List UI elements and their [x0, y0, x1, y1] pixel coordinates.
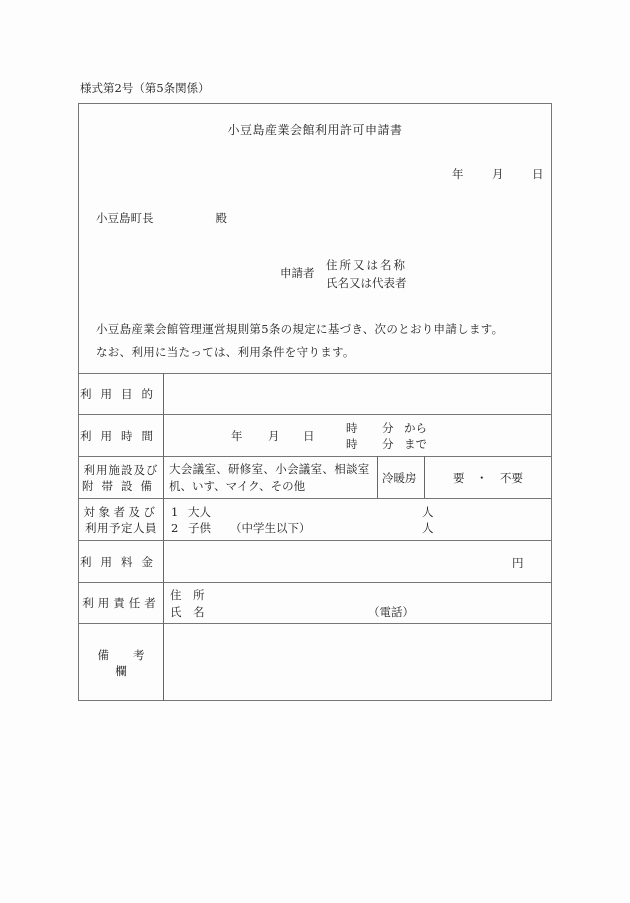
time-month[interactable]: 月 — [268, 428, 280, 444]
responsible-address-field[interactable]: 住 所 — [170, 587, 205, 603]
time-to: まで — [404, 436, 427, 452]
time-start-minute[interactable]: 分 — [382, 420, 394, 436]
statement-line-1: 小豆島産業会館管理運営規則第5条の規定に基づき、次のとおり申請します。 — [96, 318, 503, 341]
fee-label: 利用料金 — [80, 541, 162, 582]
divider — [377, 456, 378, 498]
facilities-label: 利用施設及び 附帯設備 — [80, 457, 162, 498]
time-end-hour[interactable]: 時 — [346, 436, 358, 452]
attendee-child-label: 子供 — [188, 520, 211, 536]
responsible-label: 利用責任者 — [80, 583, 162, 623]
attendee-adult-unit: 人 — [422, 504, 434, 520]
addressee-honorific: 殿 — [216, 211, 228, 225]
remarks-field[interactable] — [166, 626, 550, 699]
applicant-fields: 住所又は名称 氏名又は代表者 — [326, 256, 407, 292]
application-date[interactable]: 年月日 — [452, 166, 544, 182]
attendee-adult-label: 大人 — [188, 504, 211, 520]
time-end-minute[interactable]: 分 — [382, 436, 394, 452]
responsible-name-field[interactable]: 氏 名 — [170, 604, 205, 620]
remarks-label: 備考欄 — [80, 624, 162, 701]
attendees-label: 対象者及び 利用予定人員 — [80, 499, 162, 540]
attendee-child-number: 2 — [171, 520, 178, 536]
time-from: から — [404, 420, 427, 436]
attendee-child-count-field[interactable] — [320, 518, 415, 535]
ac-not-required-option[interactable]: 不要 — [500, 470, 523, 486]
applicant-label: 申請者 — [280, 265, 315, 281]
ac-separator: ・ — [476, 470, 488, 486]
time-day[interactable]: 日 — [303, 428, 315, 444]
purpose-label: 利用目的 — [80, 374, 162, 414]
form-number: 様式第2号（第5条関係） — [80, 80, 210, 96]
statement: 小豆島産業会館管理運営規則第5条の規定に基づき、次のとおり申請します。 なお、利… — [96, 318, 503, 364]
attendee-child-unit: 人 — [422, 520, 434, 536]
date-day: 日 — [532, 166, 544, 182]
time-start-hour[interactable]: 時 — [346, 420, 358, 436]
attendee-child-note: （中学生以下） — [230, 520, 311, 536]
ac-label: 冷暖房 — [382, 470, 417, 486]
applicant-address-field[interactable]: 住所又は名称 — [326, 256, 407, 274]
addressee: 小豆島町長殿 — [96, 210, 227, 226]
applicant-name-field[interactable]: 氏名又は代表者 — [326, 274, 407, 292]
divider — [424, 456, 425, 498]
fee-unit: 円 — [512, 555, 524, 571]
date-year: 年 — [452, 166, 492, 182]
time-year[interactable]: 年 — [231, 428, 243, 444]
facility-rooms[interactable]: 大会議室、研修室、小会議室、相談室 — [169, 461, 370, 477]
responsible-phone-field[interactable]: （電話） — [368, 604, 414, 620]
form-title: 小豆島産業会館利用許可申請書 — [0, 121, 630, 138]
attendee-adult-number: 1 — [171, 504, 178, 520]
facility-equipment[interactable]: 机、いす、マイク、その他 — [169, 478, 305, 494]
date-month: 月 — [492, 166, 532, 182]
statement-line-2: なお、利用に当たっては、利用条件を守ります。 — [96, 341, 503, 364]
purpose-field[interactable] — [166, 376, 550, 412]
fee-field[interactable] — [166, 543, 506, 580]
time-label: 利用時間 — [80, 415, 162, 456]
addressee-name: 小豆島町長 — [96, 211, 154, 225]
attendee-adult-count-field[interactable] — [215, 502, 415, 519]
ac-required-option[interactable]: 要 — [453, 470, 465, 486]
